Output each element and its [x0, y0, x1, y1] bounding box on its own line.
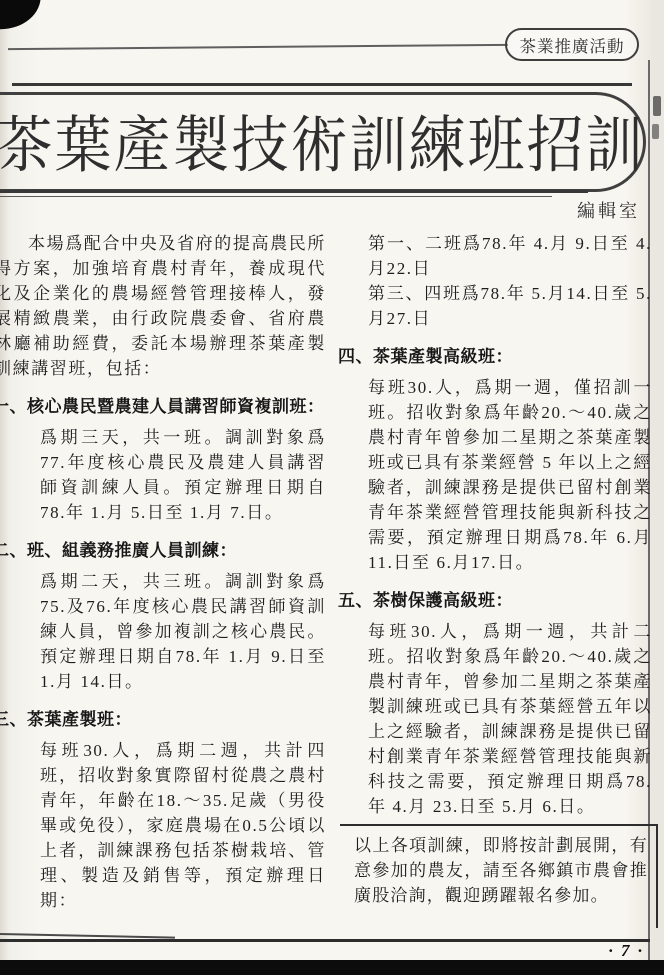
- scan-corner-artifact: [0, 0, 42, 32]
- section-3: 三、茶葉產製班： 每班30.人，爲期二週，共計四班，招收對象實際留村從農之農村青…: [0, 707, 326, 913]
- section-5: 五、茶樹保護高級班： 每班30.人，爲期一週，共計二班。招收對象爲年齡20.～4…: [340, 588, 652, 819]
- footer-rule: [0, 939, 650, 942]
- section-heading: 一、核心農民暨農建人員講習師資複訓班：: [0, 394, 326, 419]
- left-column: 本場爲配合中央及省府的提高農民所得方案，加強培育農村青年，養成現代化及企業化的農…: [0, 231, 326, 928]
- section-1: 一、核心農民暨農建人員講習師資複訓班： 爲期三天，共一班。調訓對象爲77.年度核…: [0, 394, 326, 525]
- article-columns: 本場爲配合中央及省府的提高農民所得方案，加強培育農村青年，養成現代化及企業化的農…: [0, 231, 652, 928]
- banner-bottom-rule: [0, 190, 588, 193]
- section-body: 每班30.人，爲期二週，共計四班，招收對象實際留村從農之農村青年，年齡在18.～…: [0, 738, 326, 913]
- page-number: · 7 ·: [609, 941, 645, 961]
- section-body: 每班30.人，爲期一週，僅招訓一班。招收對象爲年齡20.～40.歲之農村青年曾參…: [340, 375, 652, 575]
- banner-top-rule: [12, 83, 632, 86]
- section-2: 二、班、組義務推廣人員訓練： 爲期二天，共三班。調訓對象爲75.及76.年度核心…: [0, 538, 326, 694]
- scan-line-artifact: [0, 933, 175, 938]
- section-heading: 五、茶樹保護高級班：: [338, 588, 652, 613]
- section-heading: 四、茶葉產製高級班：: [338, 344, 652, 369]
- closing-note: 以上各項訓練，即將按計劃展開，有意參加的農友，請至各鄉鎮市農會推廣股洽詢，觀迎踴…: [354, 833, 648, 908]
- byline: 編輯室: [577, 197, 640, 223]
- category-badge-label: 茶業推廣活動: [520, 33, 625, 57]
- banner-bottom-rule-thin: [0, 196, 552, 197]
- page-title: 茶葉產製技術訓練班招訓: [0, 96, 662, 185]
- section-body: 爲期三天，共一班。調訓對象爲77.年度核心農民及農建人員講習師資訓練人員。預定辦…: [0, 425, 326, 525]
- scanned-document-page: 茶業推廣活動 茶葉產製技術訓練班招訓 編輯室 本場爲配合中央及省府的提高農民所得…: [0, 0, 664, 975]
- closing-note-box: 以上各項訓練，即將按計劃展開，有意參加的農友，請至各鄉鎮市農會推廣股洽詢，觀迎踴…: [340, 824, 658, 928]
- intro-paragraph: 本場爲配合中央及省府的提高農民所得方案，加強培育農村青年，養成現代化及企業化的農…: [0, 231, 326, 381]
- section-body: 每班30.人，爲期一週，共計二班。招收對象爲年齡20.～40.歲之農村青年，曾參…: [340, 619, 652, 819]
- category-badge: 茶業推廣活動: [505, 28, 639, 61]
- section-4: 四、茶葉產製高級班： 每班30.人，爲期一週，僅招訓一班。招收對象爲年齡20.～…: [340, 344, 652, 575]
- section-heading: 二、班、組義務推廣人員訓練：: [0, 538, 326, 563]
- schedule-line: 第一、二班爲78.年 4.月 9.日至 4.月22.日: [368, 231, 652, 281]
- class-schedule: 第一、二班爲78.年 4.月 9.日至 4.月22.日 第三、四班爲78.年 5…: [340, 231, 652, 331]
- schedule-line: 第三、四班爲78.年 5.月14.日至 5.月27.日: [368, 281, 652, 331]
- section-heading: 三、茶葉產製班：: [0, 707, 326, 732]
- header-rule-line: [8, 44, 508, 50]
- section-body: 爲期二天，共三班。調訓對象爲75.及76.年度核心農民講習師資訓練人員，曾參加複…: [0, 569, 326, 694]
- scan-bottom-band: [0, 960, 664, 975]
- right-column: 第一、二班爲78.年 4.月 9.日至 4.月22.日 第三、四班爲78.年 5…: [340, 231, 652, 928]
